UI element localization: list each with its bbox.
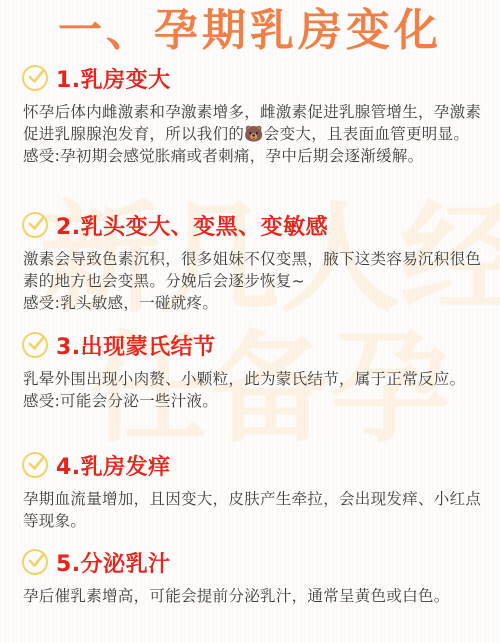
check-circle-icon bbox=[22, 452, 48, 478]
check-circle-icon bbox=[22, 549, 48, 575]
section-body: 孕后催乳素增高，可能会提前分泌乳汁，通常呈黄色或白色。 bbox=[22, 585, 482, 607]
section-paragraph: 孕后催乳素增高，可能会提前分泌乳汁，通常呈黄色或白色。 bbox=[23, 585, 482, 607]
section-nipple-changes: 2.乳头变大、变黑、变敏感 激素会导致色素沉积，很多姐妹不仅变黑，腋下这类容易沉… bbox=[22, 210, 482, 314]
section-montgomery-tubercles: 3.出现蒙氏结节 乳晕外围出现小肉赘、小颗粒，此为蒙氏结节，属于正常反应。 感受… bbox=[22, 330, 482, 412]
section-breast-itching: 4.乳房发痒 孕期血流量增加，且因变大，皮肤产生牵拉，会出现发痒、小红点等现象。 bbox=[22, 450, 482, 532]
section-paragraph: 孕期血流量增加，且因变大，皮肤产生牵拉，会出现发痒、小红点等现象。 bbox=[23, 488, 482, 532]
section-paragraph: 怀孕后体内雌激素和孕激素增多，雌激素促进乳腺管增生，孕激素促进乳腺腺泡发育，所以… bbox=[23, 101, 482, 145]
section-heading-text: 2.乳头变大、变黑、变敏感 bbox=[56, 210, 328, 241]
check-circle-icon bbox=[22, 65, 48, 91]
section-body: 乳晕外围出现小肉赘、小颗粒，此为蒙氏结节，属于正常反应。 感受:可能会分泌一些汁… bbox=[22, 368, 482, 412]
section-feeling: 感受:乳头敏感，一碰就疼。 bbox=[23, 292, 482, 314]
section-heading-text: 4.乳房发痒 bbox=[56, 450, 171, 481]
section-milk-secretion: 5.分泌乳汁 孕后催乳素增高，可能会提前分泌乳汁，通常呈黄色或白色。 bbox=[22, 547, 482, 607]
section-paragraph: 乳晕外围出现小肉赘、小颗粒，此为蒙氏结节，属于正常反应。 bbox=[23, 368, 482, 390]
section-heading: 4.乳房发痒 bbox=[22, 450, 482, 480]
section-feeling: 感受:孕初期会感觉胀痛或者刺痛，孕中后期会逐渐缓解。 bbox=[23, 145, 482, 167]
section-heading-text: 3.出现蒙氏结节 bbox=[56, 330, 216, 361]
section-body: 激素会导致色素沉积，很多姐妹不仅变黑，腋下这类容易沉积很色素的地方也会变黑。分娩… bbox=[22, 248, 482, 314]
section-body: 怀孕后体内雌激素和孕激素增多，雌激素促进乳腺管增生，孕激素促进乳腺腺泡发育，所以… bbox=[22, 101, 482, 167]
check-circle-icon bbox=[22, 332, 48, 358]
section-feeling: 感受:可能会分泌一些汁液。 bbox=[23, 390, 482, 412]
section-heading: 1.乳房变大 bbox=[22, 63, 482, 93]
section-heading-text: 5.分泌乳汁 bbox=[56, 547, 171, 578]
check-circle-icon bbox=[22, 212, 48, 238]
section-heading: 2.乳头变大、变黑、变敏感 bbox=[22, 210, 482, 240]
section-breast-enlargement: 1.乳房变大 怀孕后体内雌激素和孕激素增多，雌激素促进乳腺管增生，孕激素促进乳腺… bbox=[22, 63, 482, 167]
section-body: 孕期血流量增加，且因变大，皮肤产生牵拉，会出现发痒、小红点等现象。 bbox=[22, 488, 482, 532]
section-paragraph: 激素会导致色素沉积，很多姐妹不仅变黑，腋下这类容易沉积很色素的地方也会变黑。分娩… bbox=[23, 248, 482, 292]
section-heading: 3.出现蒙氏结节 bbox=[22, 330, 482, 360]
page-title: 一、孕期乳房变化 bbox=[0, 6, 500, 56]
section-heading: 5.分泌乳汁 bbox=[22, 547, 482, 577]
section-heading-text: 1.乳房变大 bbox=[56, 63, 171, 94]
